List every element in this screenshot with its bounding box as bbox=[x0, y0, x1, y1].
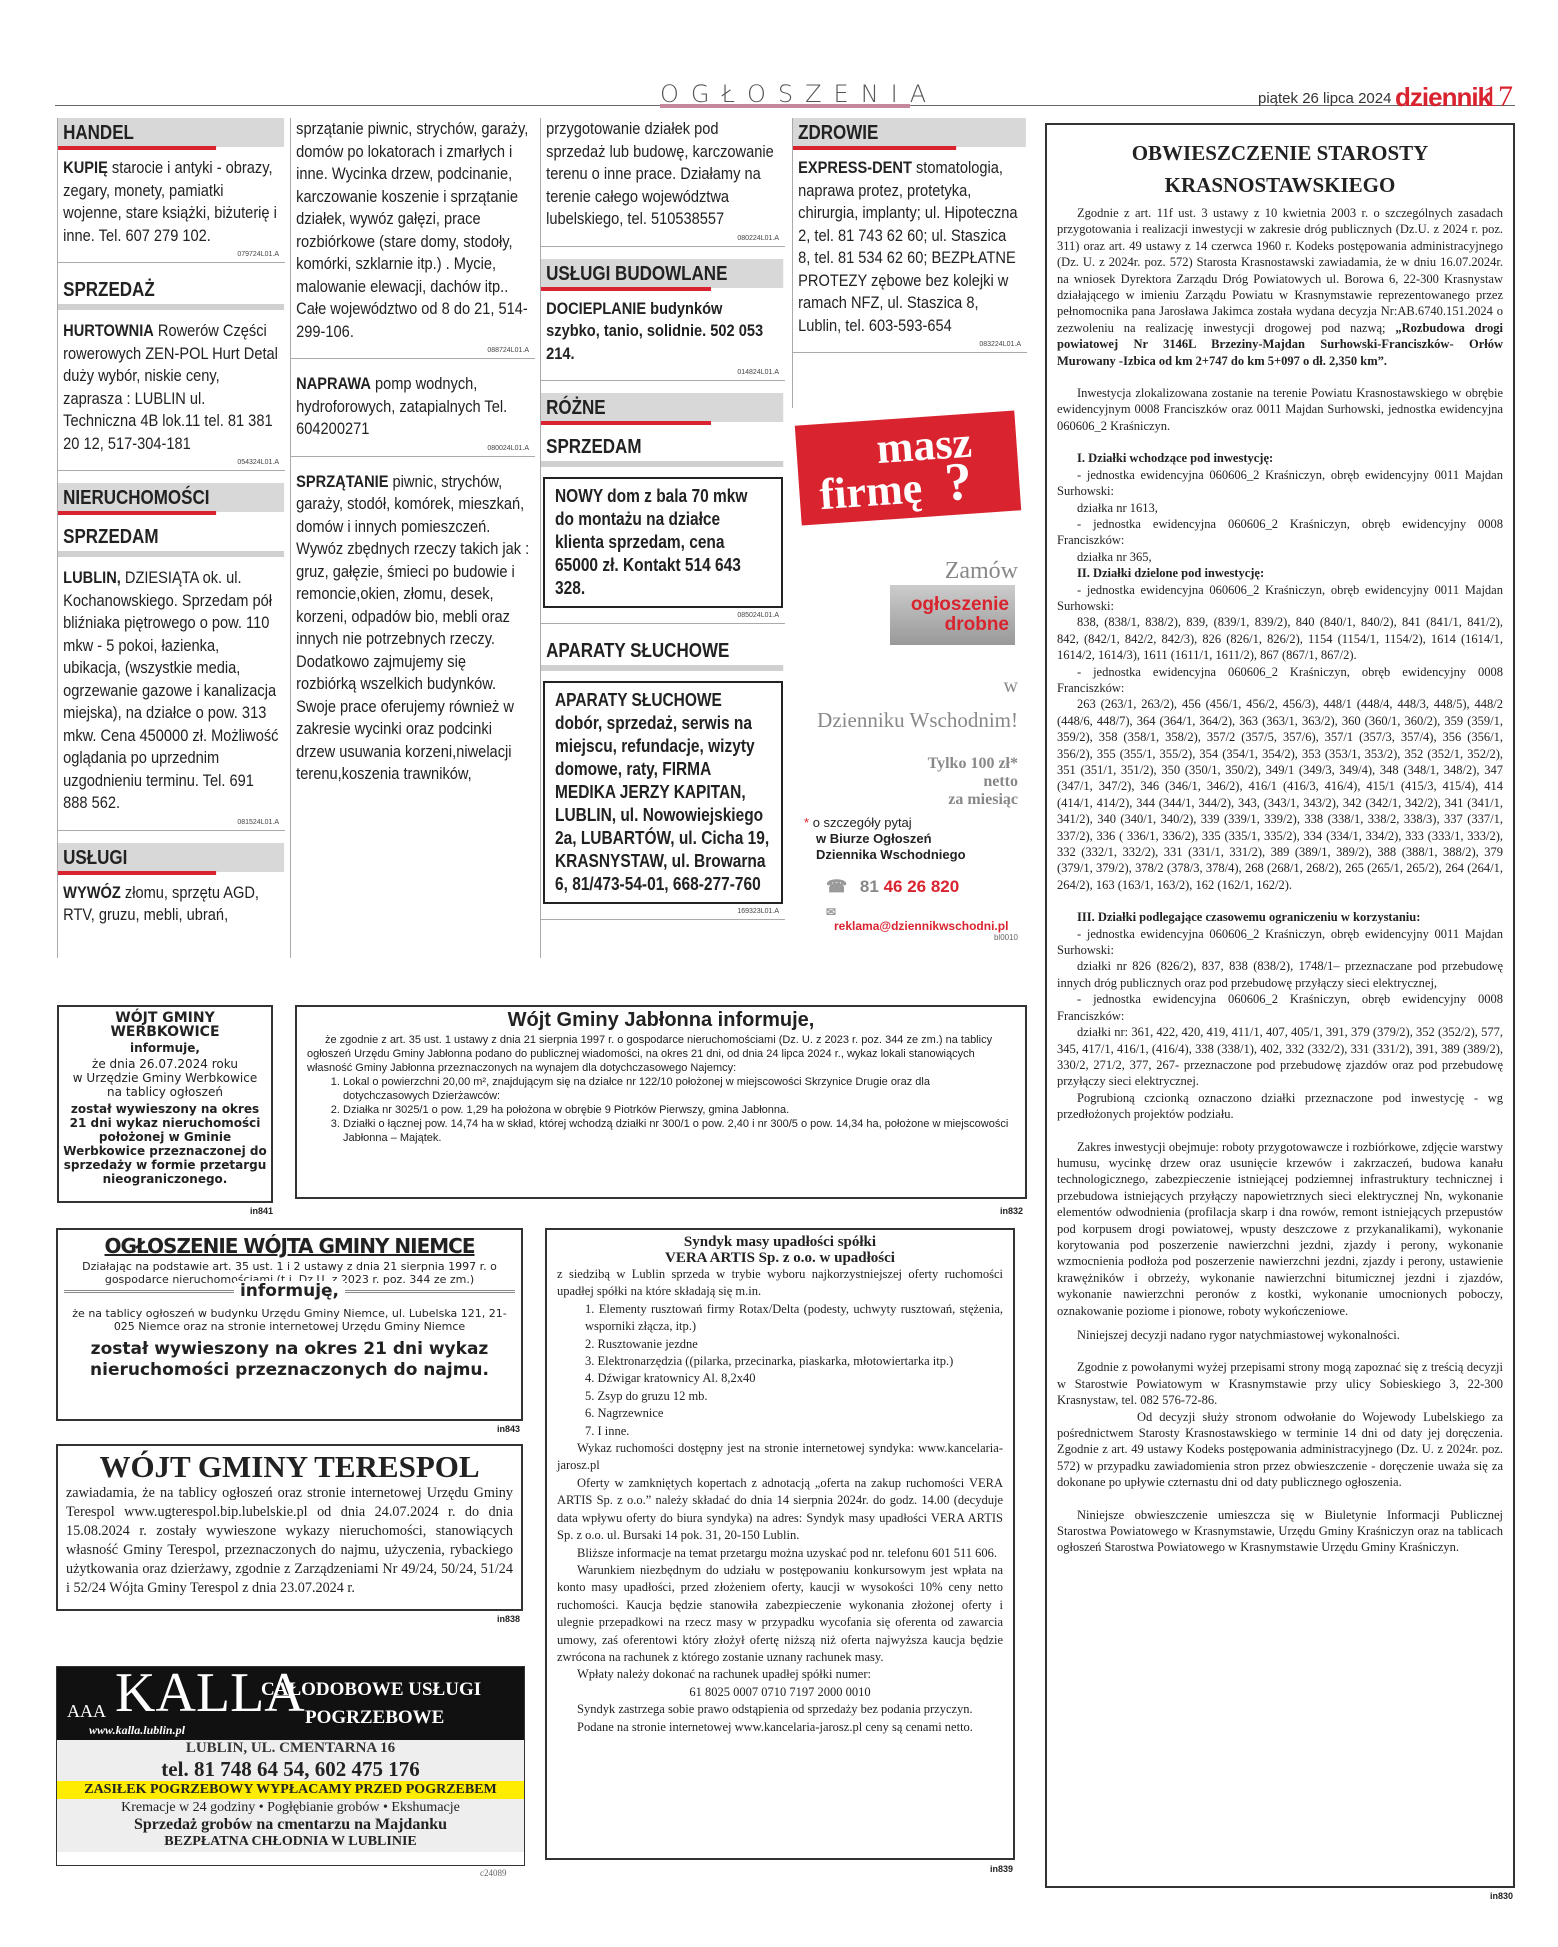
subcategory-aparaty: APARATY SŁUCHOWE bbox=[541, 636, 784, 671]
promo-zamow: Zamów bbox=[798, 558, 1018, 585]
subcategory-sprzedaz: SPRZEDAŻ bbox=[58, 275, 284, 310]
ad-docieplanie: DOCIEPLANIE budynków szybko, tanio, soli… bbox=[541, 298, 784, 366]
kalla-services: Kremacje w 24 godziny • Pogłębianie grob… bbox=[57, 1799, 524, 1852]
ad-code: 081524L01.A bbox=[58, 815, 285, 831]
classifieds-column-3: przygotowanie działek pod sprzedaż lub b… bbox=[540, 118, 785, 958]
promo-info: * o szczegóły pytaj w Biurze Ogłoszeń Dz… bbox=[798, 815, 1018, 863]
category-uslugi-budowlane: USŁUGI BUDOWLANE bbox=[541, 259, 784, 288]
ad-continued: sprzątanie piwnic, strychów, garaży, dom… bbox=[291, 118, 534, 343]
notice-tag: in839 bbox=[990, 1864, 1013, 1874]
kalla-zasilek: ZASIŁEK POGRZEBOWY WYPŁACAMY PRZED POGRZ… bbox=[57, 1781, 524, 1799]
category-zdrowie: ZDROWIE bbox=[793, 118, 1026, 147]
notice-tag: in830 bbox=[1490, 1891, 1513, 1901]
promo-dziennik: Dzienniku Wschodnim! bbox=[798, 708, 1018, 733]
ad-code: c24089 bbox=[480, 1868, 507, 1878]
ad-code: 169323L01.A bbox=[541, 904, 785, 920]
ad-nowy-dom: NOWY dom z bala 70 mkw do montażu na dzi… bbox=[543, 477, 783, 608]
subcategory-sprzedam: SPRZEDAM bbox=[541, 432, 784, 467]
notice-jablonna: Wójt Gminy Jabłonna informuje, że zgodni… bbox=[295, 1005, 1027, 1199]
kalla-header: AAA KALLA www.kalla.lublin.pl CAŁODOBOWE… bbox=[57, 1667, 524, 1740]
promo-masz-firme: masz firmę ? Zamów ogłoszeniedrobne w Dz… bbox=[798, 408, 1018, 956]
promo-headline: masz firmę ? bbox=[795, 410, 1021, 525]
ad-code: 054324L01.A bbox=[58, 455, 285, 471]
category-handel: HANDEL bbox=[58, 118, 284, 147]
ad-lublin: LUBLIN, DZIESIĄTA ok. ul. Kochanowskiego… bbox=[58, 567, 284, 815]
category-rozne: RÓŻNE bbox=[541, 393, 784, 422]
promo-phone: ☎ 81 46 26 820 bbox=[798, 877, 1018, 897]
issue-date: piątek 26 lipca 2024 bbox=[1258, 90, 1391, 107]
subcategory-sprzedam: SPRZEDAM bbox=[58, 522, 284, 557]
notice-syndyk: Syndyk masy upadłości spółki VERA ARTIS … bbox=[545, 1228, 1015, 1860]
promo-w: w bbox=[798, 675, 1018, 698]
ad-kupie: KUPIĘ starocie i antyki - obrazy, zegary… bbox=[58, 157, 284, 247]
notice-tag: in838 bbox=[497, 1614, 520, 1624]
classifieds-column-1: HANDEL KUPIĘ starocie i antyki - obrazy,… bbox=[57, 118, 285, 958]
ad-sprzatanie: SPRZĄTANIE piwnic, strychów, garaży, sto… bbox=[291, 471, 534, 786]
section-underline bbox=[660, 104, 910, 108]
promo-email[interactable]: ✉ reklama@dziennikwschodni.pl bbox=[798, 905, 1018, 933]
notice-tag: in832 bbox=[1000, 1206, 1023, 1216]
ad-hurtownia: HURTOWNIA Rowerów Części rowerowych ZEN-… bbox=[58, 320, 284, 455]
brand-logo: dziennik bbox=[1395, 82, 1491, 113]
ad-aparaty-sluchowe: APARATY SŁUCHOWE dobór, sprzedaż, serwis… bbox=[543, 681, 783, 904]
page-number: 17 bbox=[1483, 80, 1513, 114]
notice-niemce: OGŁOSZENIE WÓJTA GMINY NIEMCE Działając … bbox=[56, 1228, 523, 1421]
ad-code: 083224L01.A bbox=[793, 337, 1027, 353]
notice-tag: in841 bbox=[250, 1206, 273, 1216]
notice-werbkowice: WÓJT GMINY WERBKOWICE informuje, że dnia… bbox=[57, 1005, 273, 1203]
ad-continued: przygotowanie działek pod sprzedaż lub b… bbox=[541, 118, 784, 231]
notice-tag: in843 bbox=[497, 1424, 520, 1434]
promo-card: ogłoszeniedrobne bbox=[890, 585, 1015, 645]
classifieds-column-2: sprzątanie piwnic, strychów, garaży, dom… bbox=[290, 118, 535, 958]
ad-code: bl0010 bbox=[798, 933, 1018, 942]
category-nieruchomosci: NIERUCHOMOŚCI bbox=[58, 483, 284, 512]
ad-code: 079724L01.A bbox=[58, 247, 285, 263]
ad-code: 085024L01.A bbox=[541, 608, 785, 624]
ad-express-dent: EXPRESS-DENT stomatologia, naprawa prote… bbox=[793, 157, 1026, 337]
ad-code: 014824L01.A bbox=[541, 365, 785, 381]
promo-price: Tylko 100 zł*nettoza miesiąc bbox=[798, 755, 1018, 809]
ad-code: 088724L01.A bbox=[291, 343, 535, 359]
category-uslugi: USŁUGI bbox=[58, 843, 284, 872]
notice-terespol: WÓJT GMINY TERESPOL zawiadamia, że na ta… bbox=[56, 1444, 523, 1611]
phone-icon: ☎ bbox=[826, 877, 847, 896]
notice-starosta-krasnostawski: OBWIESZCZENIE STAROSTY KRASNOSTAWSKIEGO … bbox=[1045, 123, 1515, 1888]
ad-wywoz: WYWÓZ złomu, sprzętu AGD, RTV, gruzu, me… bbox=[58, 882, 284, 927]
ad-code: 080024L01.A bbox=[291, 441, 535, 457]
ad-code: 080224L01.A bbox=[541, 231, 785, 247]
ad-naprawa: NAPRAWA pomp wodnych, hydroforowych, zat… bbox=[291, 373, 534, 441]
ad-kalla-funeral: AAA KALLA www.kalla.lublin.pl CAŁODOBOWE… bbox=[56, 1666, 525, 1866]
envelope-icon: ✉ bbox=[826, 905, 836, 919]
classifieds-column-4: ZDROWIE EXPRESS-DENT stomatologia, napra… bbox=[792, 118, 1027, 408]
kalla-contact: LUBLIN, UL. CMENTARNA 16 tel. 81 748 64 … bbox=[57, 1740, 524, 1781]
